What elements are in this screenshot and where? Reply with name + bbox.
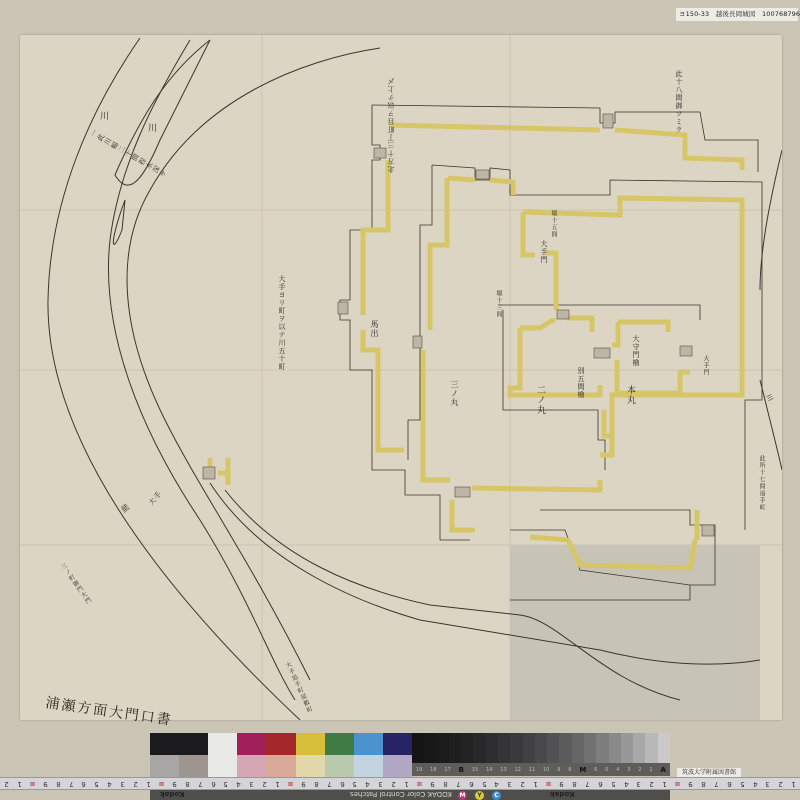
top-right-note: 此十八間御ツミク [675,70,682,134]
river-mark: 川 [100,113,110,122]
gray-label: M [579,766,586,774]
ruler-tick: 5 [478,780,491,788]
ruler-tick: ⊠ [26,780,39,787]
gate-a-label: 大手門 [540,240,547,264]
castle-map-drawing [20,35,782,720]
patch-green [325,733,354,755]
ruler-tick: 6 [207,780,220,788]
umadashi-label: 馬出 [370,320,378,338]
ruler-tick: 7 [452,780,465,788]
ruler-tick: 6 [594,780,607,788]
patch-white [208,733,237,755]
ruler-tick: 4 [103,780,116,788]
ruler-tick: 3 [632,780,645,788]
patch-light-blue [383,755,412,778]
gray-label: 5 [605,767,608,773]
ruler-tick: ⊠ [155,780,168,787]
kodak-brand: Kodak [160,790,185,798]
gray-label: 13 [500,767,506,773]
gate-mid-label: 堀十三間 [495,290,501,318]
ruler-tick: 1 [13,780,26,788]
ruler-tick: 8 [568,780,581,788]
ruler-tick: ⊠ [413,780,426,787]
ruler-tick: 4 [490,780,503,788]
patch-light-magenta [237,755,266,778]
gray-label: B [459,766,464,774]
ruler-tick: 9 [39,780,52,788]
gray-label: 19 [416,767,422,773]
gray-label: 9 [557,767,560,773]
ruler-tick: ⊠ [671,780,684,787]
color-control-patches [150,733,412,778]
kodak-strip: Kodak KODAK Color Control Patches Kodak … [150,790,670,800]
top-center-note: 北方十三丁町目ヲ以テ上〆 [388,77,395,173]
sannomaru-label: 三ノ丸 [450,380,458,407]
gray-label: 8 [568,767,571,773]
patch-yellow [296,733,325,755]
magenta-dot-icon: M [458,791,467,800]
ruler-tick: 8 [310,780,323,788]
ruler-tick: 8 [439,780,452,788]
ruler-tick: 1 [529,780,542,788]
ninomaru-label: 二ノ丸 [535,385,544,415]
gray-label: 6 [594,767,597,773]
ruler-tick: 1 [787,780,800,788]
ruler-tick: 3 [116,780,129,788]
ruler-tick: 3 [503,780,516,788]
ruler-tick: 5 [348,780,361,788]
gray-label: A [660,766,665,774]
ruler-tick: 7 [323,780,336,788]
ruler-tick: 2 [258,780,271,788]
ruler-tick: 8 [697,780,710,788]
patch-brown-gray [179,755,208,778]
gray-label: 18 [430,767,436,773]
ruler-tick: 2 [645,780,658,788]
kodak-patch-title: KODAK Color Control Patches [350,790,452,798]
betsu-label: 別五間櫓 [577,367,584,399]
ruler-tick: 7 [710,780,723,788]
gray-label: 4 [616,767,619,773]
ruler-tick: ⊠ [284,780,297,787]
ruler-tick: 3 [245,780,258,788]
ruler-tick: 2 [129,780,142,788]
ruler-tick: 2 [387,780,400,788]
ruler-tick: 5 [736,780,749,788]
ruler-tick: 5 [90,780,103,788]
gray-label: 17 [444,767,450,773]
ruler-tick: 7 [194,780,207,788]
ruler-tick: 4 [361,780,374,788]
patch-light-yellow [296,755,325,778]
patch-cyan [354,733,383,755]
patch-blue [383,733,412,755]
gray-label: 14 [486,767,492,773]
patch-light-cyan [354,755,383,778]
gray-label: 12 [515,767,521,773]
ruler-tick: 7 [65,780,78,788]
ruler-tick: 6 [723,780,736,788]
gray-label: 15 [472,767,478,773]
gray-label: 10 [543,767,549,773]
castle-map-sheet: 一此川幅二十間程水深サ 川 川 北方十三丁町目ヲ以テ上〆 此十八間御ツミク 大手… [20,35,782,720]
catalog-label: ヨ150-33 越後長岡城図 10076879695 [676,8,798,21]
patch-gray [150,755,179,778]
ruler-tick: 1 [142,780,155,788]
gate-north-label: 堀十五間 [550,210,556,238]
gray-label: 11 [529,767,535,773]
ruler-tick: 8 [181,780,194,788]
yellow-dot-icon: Y [475,791,484,800]
gray-label: 1 [649,767,652,773]
ruler-tick: 9 [684,780,697,788]
ruler-tick: 9 [168,780,181,788]
patch-white [208,755,237,778]
ruler-tick: 6 [77,780,90,788]
left-block-note: 大手ヨリ町ヲ以テ川五十町 [278,275,285,371]
ruler-tick: 4 [232,780,245,788]
ruler-tick: 1 [271,780,284,788]
patch-black [150,733,179,755]
gray-label: 3 [627,767,630,773]
ruler-tick: 2 [516,780,529,788]
ruler-tick: 8 [52,780,65,788]
ruler-tick: 9 [426,780,439,788]
river-mark: 川 [148,125,158,134]
right-note: 此所十七間追手町 [758,455,764,511]
patch-light-green [325,755,354,778]
kodak-brand: Kodak [550,790,575,798]
ruler-tick: 5 [607,780,620,788]
ruler-tick: ⊠ [542,780,555,787]
ruler-tick: 9 [297,780,310,788]
measurement-ruler: 21⊠987654321⊠987654321⊠987654321⊠9876543… [0,777,800,790]
gray-scale-labels: 19 18 17 B 15 14 13 12 11 10 9 8 M 6 5 4… [412,763,670,776]
gray-scale-strip [412,733,670,763]
gate-b-label: 大手門 [702,355,708,376]
ruler-tick: 7 [581,780,594,788]
honmaru-label: 本丸 [625,385,634,405]
cyan-dot-icon: C [492,791,501,800]
ruler-tick: 2 [774,780,787,788]
ruler-tick: 6 [336,780,349,788]
ruler-tick: 3 [374,780,387,788]
ruler-tick: 1 [400,780,413,788]
ruler-tick: 6 [465,780,478,788]
patch-black [179,733,208,755]
ruler-tick: 4 [620,780,633,788]
ruler-tick: 4 [749,780,762,788]
ruler-tick: 5 [219,780,232,788]
patch-magenta [237,733,266,755]
tenshu-label: 大守門櫓 [632,335,639,367]
patch-red [266,733,295,755]
ruler-tick: 1 [658,780,671,788]
ruler-tick: 9 [555,780,568,788]
ruler-tick: 2 [0,780,13,788]
ruler-tick: 3 [761,780,774,788]
patch-light-red [266,755,295,778]
gray-label: 2 [638,767,641,773]
